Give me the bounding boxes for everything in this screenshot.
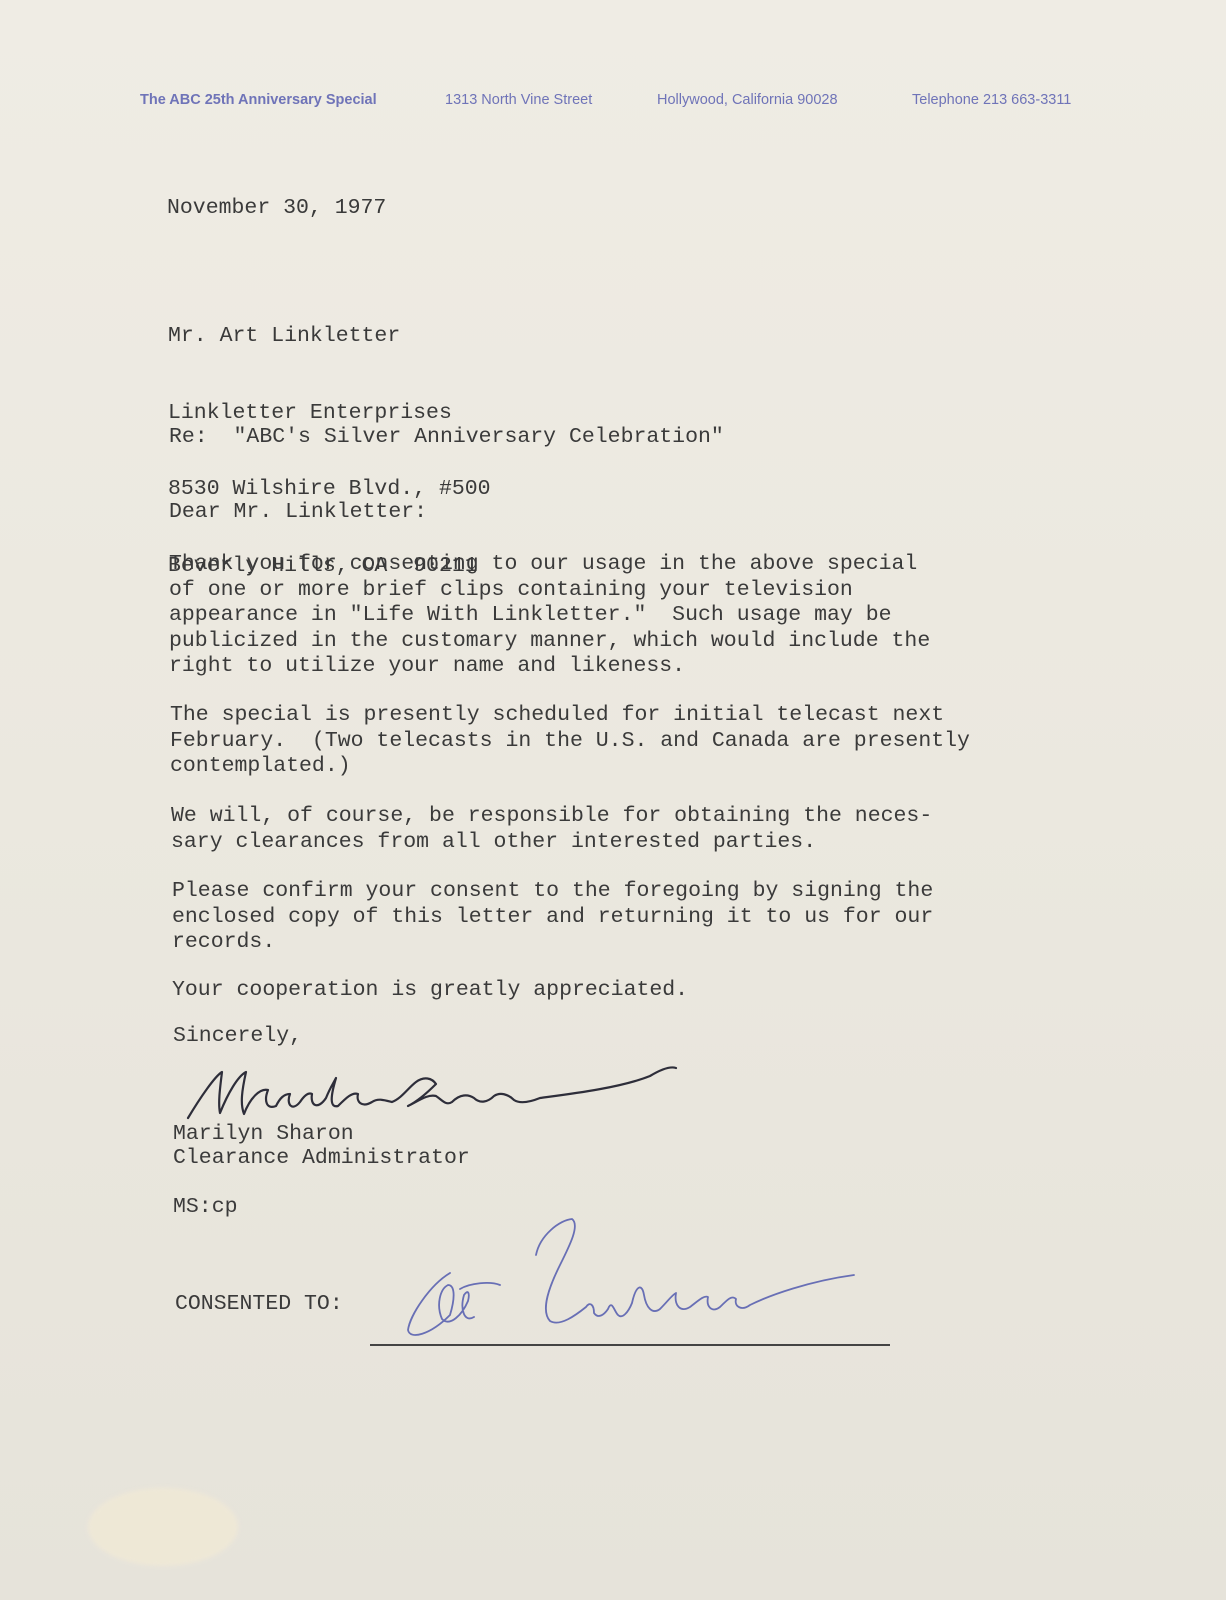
body-paragraph-4: Please confirm your consent to the foreg… (172, 879, 933, 956)
recipient-company: Linkletter Enterprises (168, 401, 491, 427)
body-paragraph-2: The special is presently scheduled for i… (170, 703, 970, 780)
recipient-name: Mr. Art Linkletter (168, 324, 491, 350)
signer-title: Clearance Administrator (173, 1146, 470, 1172)
consent-label: CONSENTED TO: (175, 1292, 343, 1318)
signer-name: Marilyn Sharon (173, 1122, 354, 1148)
re-line: Re: "ABC's Silver Anniversary Celebratio… (169, 425, 724, 451)
recipient-street: 8530 Wilshire Blvd., #500 (168, 477, 491, 503)
letterhead-telephone: Telephone 213 663-3311 (912, 92, 1071, 108)
body-paragraph-3: We will, of course, be responsible for o… (171, 804, 932, 855)
letterhead-city: Hollywood, California 90028 (657, 92, 912, 108)
signer-signature (180, 1058, 690, 1128)
consent-signature (390, 1215, 870, 1345)
letterhead: The ABC 25th Anniversary Special 1313 No… (140, 92, 1071, 108)
letterhead-organization: The ABC 25th Anniversary Special (140, 92, 445, 108)
letterhead-address: 1313 North Vine Street (445, 92, 657, 108)
salutation: Dear Mr. Linkletter: (169, 500, 427, 526)
body-paragraph-5: Your cooperation is greatly appreciated. (172, 978, 688, 1004)
closing: Sincerely, (173, 1024, 302, 1050)
typist-initials: MS:cp (173, 1195, 238, 1221)
letter-date: November 30, 1977 (167, 196, 386, 222)
body-paragraph-1: Thank you for consenting to our usage in… (169, 552, 930, 680)
paper-stain (88, 1488, 238, 1566)
